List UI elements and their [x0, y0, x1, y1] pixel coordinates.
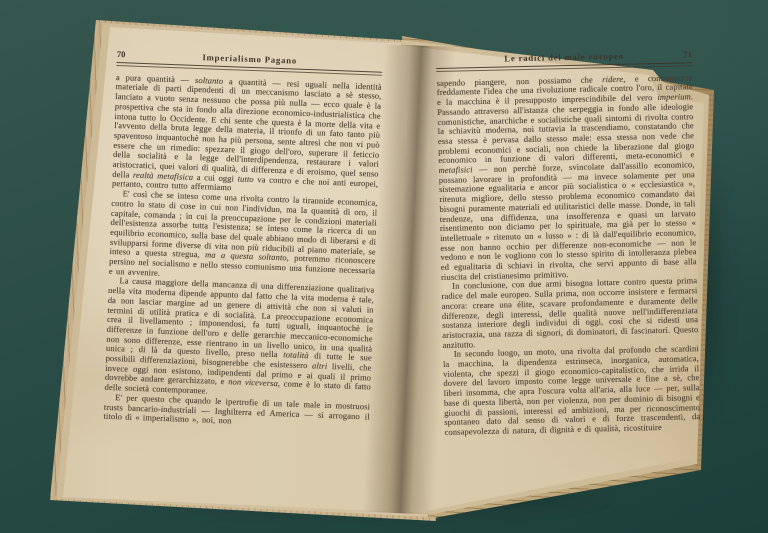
paragraph: In secondo luogo, un moto, una rivolta d…: [443, 344, 701, 437]
left-page-body: a pura quantità — soltanto a quantità — …: [103, 73, 382, 432]
paragraph: sapendo piangere, non possiamo che rider…: [437, 73, 698, 283]
paragraph: a pura quantità — soltanto a quantità — …: [112, 73, 382, 199]
left-page-text: 70 Imperialismo Pagano a pura quantità —…: [103, 49, 382, 431]
right-page-text: Le radici del male europeo 71 sapendo pi…: [436, 49, 701, 437]
right-running-title: Le radici del male europeo: [504, 51, 624, 64]
paragraph: La causa maggiore della mancanza di una …: [104, 276, 374, 402]
paragraph: In conclusione, con due armi bisogna lot…: [441, 277, 698, 351]
photo-backdrop: 70 Imperialismo Pagano a pura quantità —…: [0, 0, 768, 533]
right-page-body: sapendo piangere, non possiamo che rider…: [437, 73, 701, 438]
paragraph: E' così che se inteso come una rivolta c…: [109, 189, 378, 286]
right-page-number: 71: [683, 49, 692, 59]
left-running-title: Imperialismo Pagano: [202, 52, 297, 65]
left-page-number: 70: [117, 49, 126, 59]
